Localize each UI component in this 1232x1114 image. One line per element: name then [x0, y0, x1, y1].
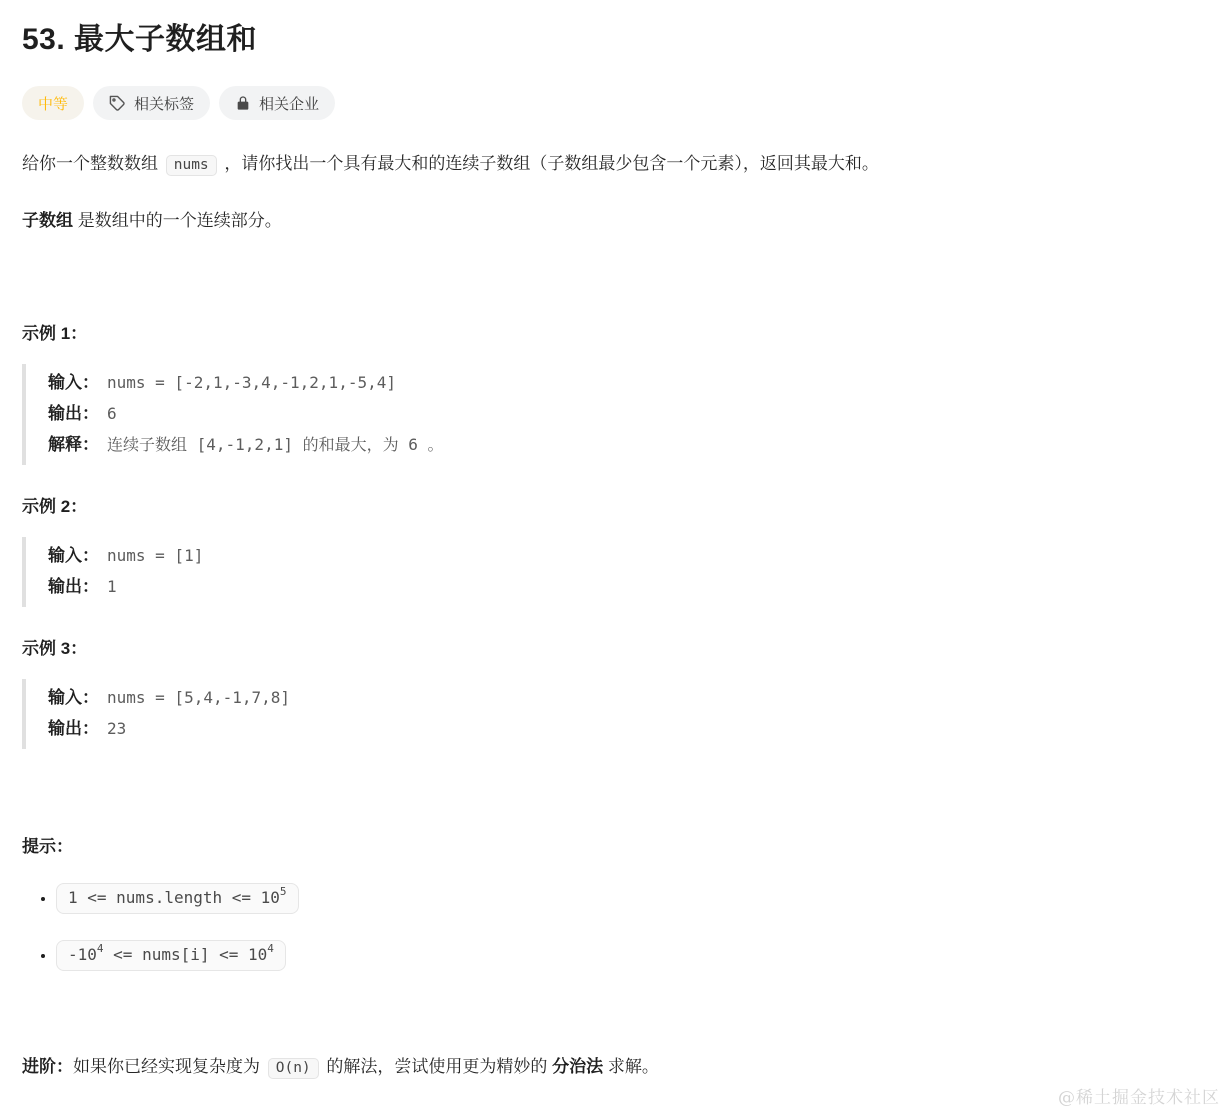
explanation-label: 解释： — [48, 435, 99, 454]
problem-description: 给你一个整数数组 nums ，请你找出一个具有最大和的连续子数组（子数组最少包含… — [22, 150, 1208, 179]
followup-text: 如果你已经实现复杂度为 — [73, 1057, 265, 1076]
lock-icon — [235, 95, 251, 111]
explanation-value: 连续子数组 [4,-1,2,1] 的和最大，为 6 。 — [107, 435, 444, 454]
problem-page: 53. 最大子数组和 中等 相关标签 相关企业 给你一个整数数组 nums ，请… — [0, 0, 1232, 1114]
followup-text: 的解法，尝试使用更为精妙的 — [322, 1057, 552, 1076]
input-label: 输入： — [48, 546, 99, 565]
example-2-block: 输入：nums = [1] 输出：1 — [22, 537, 1208, 607]
watermark: @稀土掘金技术社区 — [1058, 1083, 1220, 1108]
example-explanation-line: 解释：连续子数组 [4,-1,2,1] 的和最大，为 6 。 — [48, 430, 1208, 461]
example-1-heading: 示例 1： — [22, 322, 1208, 346]
definition-text: 是数组中的一个连续部分。 — [73, 211, 282, 230]
constraint-code: 1 <= nums.length <= 105 — [56, 883, 299, 914]
description-text: 给你一个整数数组 — [22, 154, 163, 173]
example-input-line: 输入：nums = [-2,1,-3,4,-1,2,1,-5,4] — [48, 368, 1208, 399]
example-input-line: 输入：nums = [5,4,-1,7,8] — [48, 683, 1208, 714]
constraint-item: -104 <= nums[i] <= 104 — [56, 940, 1208, 971]
output-value: 23 — [107, 719, 126, 738]
inline-code-complexity: O(n) — [268, 1058, 319, 1079]
example-1-block: 输入：nums = [-2,1,-3,4,-1,2,1,-5,4] 输出：6 解… — [22, 364, 1208, 465]
subarray-definition: 子数组 是数组中的一个连续部分。 — [22, 207, 1208, 234]
example-2-heading: 示例 2： — [22, 495, 1208, 519]
example-3-heading: 示例 3： — [22, 637, 1208, 661]
example-output-line: 输出：23 — [48, 714, 1208, 745]
constraints-list: 1 <= nums.length <= 105 -104 <= nums[i] … — [22, 883, 1208, 971]
constraints-heading: 提示： — [22, 835, 1208, 859]
example-output-line: 输出：6 — [48, 399, 1208, 430]
divide-conquer-term: 分治法 — [552, 1057, 603, 1076]
badge-row: 中等 相关标签 相关企业 — [22, 86, 1208, 120]
example-output-line: 输出：1 — [48, 572, 1208, 603]
input-value: nums = [-2,1,-3,4,-1,2,1,-5,4] — [107, 373, 396, 392]
output-label: 输出： — [48, 719, 99, 738]
constraint-item: 1 <= nums.length <= 105 — [56, 883, 1208, 914]
tag-icon — [109, 95, 126, 112]
difficulty-badge[interactable]: 中等 — [22, 86, 84, 120]
inline-code-nums: nums — [166, 155, 217, 176]
followup-label: 进阶： — [22, 1057, 73, 1076]
related-tags-button[interactable]: 相关标签 — [93, 86, 210, 120]
description-text: ，请你找出一个具有最大和的连续子数组（子数组最少包含一个元素），返回其最大和。 — [220, 154, 879, 173]
followup-paragraph: 进阶：如果你已经实现复杂度为 O(n) 的解法，尝试使用更为精妙的 分治法 求解… — [22, 1053, 1208, 1082]
subarray-term: 子数组 — [22, 211, 73, 230]
output-value: 6 — [107, 404, 117, 423]
output-value: 1 — [107, 577, 117, 596]
input-value: nums = [5,4,-1,7,8] — [107, 688, 290, 707]
example-3-block: 输入：nums = [5,4,-1,7,8] 输出：23 — [22, 679, 1208, 749]
constraint-code: -104 <= nums[i] <= 104 — [56, 940, 286, 971]
output-label: 输出： — [48, 577, 99, 596]
input-value: nums = [1] — [107, 546, 203, 565]
input-label: 输入： — [48, 688, 99, 707]
input-label: 输入： — [48, 373, 99, 392]
related-companies-button[interactable]: 相关企业 — [219, 86, 335, 120]
example-input-line: 输入：nums = [1] — [48, 541, 1208, 572]
related-tags-label: 相关标签 — [134, 93, 194, 114]
followup-text: 求解。 — [603, 1057, 659, 1076]
output-label: 输出： — [48, 404, 99, 423]
page-title: 53. 最大子数组和 — [22, 22, 1208, 58]
related-companies-label: 相关企业 — [259, 93, 319, 114]
